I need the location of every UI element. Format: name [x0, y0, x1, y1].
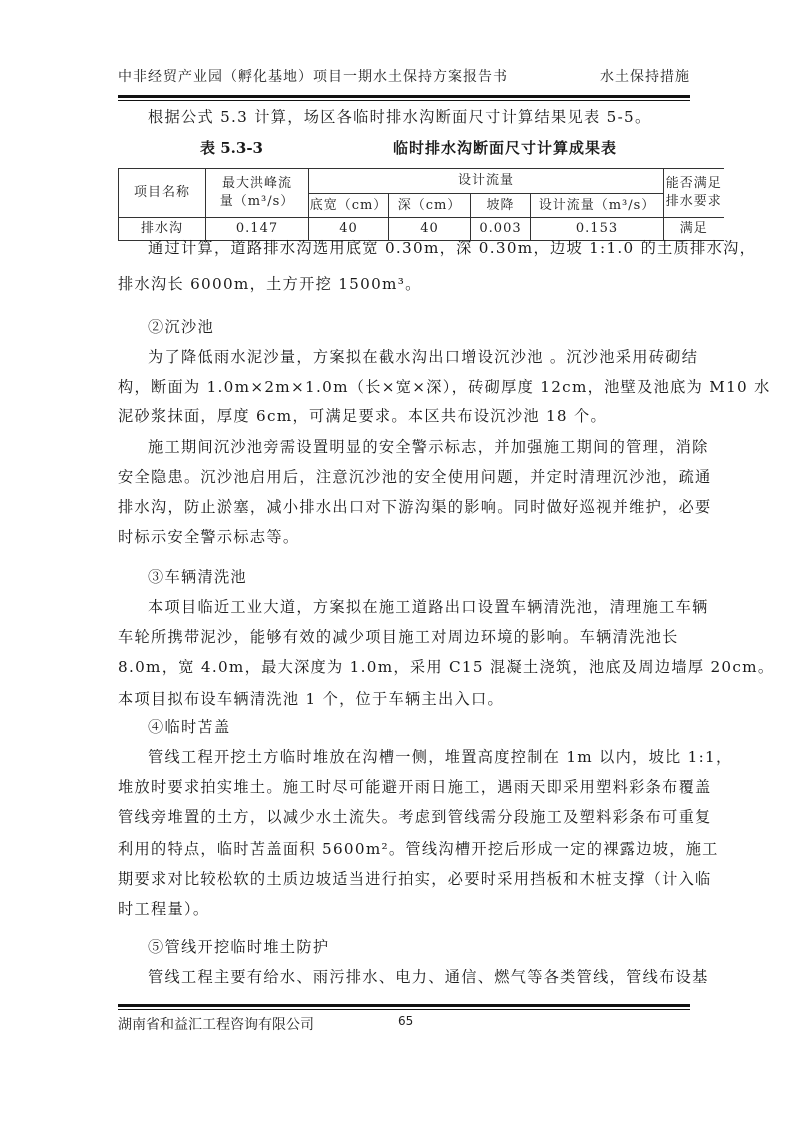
body-text: 通过计算，道路排水沟选用底宽 0.30m，深 0.30m，边坡 1:1.0 的土… — [118, 0, 718, 1000]
section-title-temporary-cover: ④临时苫盖 — [148, 716, 230, 737]
paragraph-line: 排水沟长 6000m，土方开挖 1500m³。 — [118, 273, 422, 294]
paragraph-line: 排水沟，防止淤塞，减小排水出口对下游沟渠的影响。同时做好巡视并维护，必要 — [118, 496, 712, 517]
paragraph-line: 泥砂浆抹面，厚度 6cm，可满足要求。本区共布设沉沙池 18 个。 — [118, 405, 607, 426]
section-title-vehicle-wash-pool: ③车辆清洗池 — [148, 566, 247, 587]
paragraph-line: 本项目临近工业大道，方案拟在施工道路出口设置车辆清洗池，清理施工车辆 — [148, 596, 709, 617]
paragraph-line: 时标示安全警示标志等。 — [118, 526, 299, 547]
paragraph-line: 车轮所携带泥沙，能够有效的减少项目施工对周边环境的影响。车辆清洗池长 — [118, 626, 679, 647]
paragraph-line: 构，断面为 1.0m×2m×1.0m（长×宽×深），砖砌厚度 12cm，池壁及池… — [118, 376, 771, 397]
paragraph-line: 施工期间沉沙池旁需设置明显的安全警示标志，并加强施工期间的管理，消除 — [148, 436, 709, 457]
paragraph-line: 时工程量）。 — [118, 898, 209, 919]
paragraph-line: 为了降低雨水泥沙量，方案拟在截水沟出口增设沉沙池 。沉沙池采用砖砌结 — [148, 346, 698, 367]
section-title-pipeline-spoil-protection: ⑤管线开挖临时堆土防护 — [148, 936, 329, 957]
paragraph-line: 利用的特点，临时苫盖面积 5600m²。管线沟槽开挖后形成一定的裸露边坡，施工 — [118, 838, 719, 859]
paragraph-line: 安全隐患。沉沙池启用后，注意沉沙池的安全使用问题，并定时清理沉沙池，疏通 — [118, 466, 712, 487]
paragraph-line: 管线工程主要有给水、雨污排水、电力、通信、燃气等各类管线，管线布设基 — [148, 966, 709, 987]
paragraph-line: 管线工程开挖土方临时堆放在沟槽一侧，堆置高度控制在 1m 以内，坡比 1:1， — [148, 746, 733, 767]
paragraph-line: 8.0m，宽 4.0m，最大深度为 1.0m，采用 C15 混凝土浇筑，池底及周… — [118, 656, 774, 677]
page-number: 65 — [398, 1014, 413, 1028]
paragraph-line: 堆放时要求拍实堆土。施工时尽可能避开雨日施工，遇雨天即采用塑料彩条布覆盖 — [118, 776, 712, 797]
footer-rule-thin — [118, 1009, 690, 1010]
footer-company: 湖南省和益汇工程咨询有限公司 — [118, 1014, 314, 1034]
paragraph-line: 本项目拟布设车辆清洗池 1 个，位于车辆主出入口。 — [118, 688, 504, 709]
paragraph-line: 管线旁堆置的土方，以减少水土流失。考虑到管线需分段施工及塑料彩条布可重复 — [118, 806, 712, 827]
section-title-sediment-basin: ②沉沙池 — [148, 316, 214, 337]
paragraph-line: 通过计算，道路排水沟选用底宽 0.30m，深 0.30m，边坡 1:1.0 的土… — [148, 237, 756, 258]
paragraph-line: 期要求对比较松软的土质边坡适当进行拍实，必要时采用挡板和木桩支撑（计入临 — [118, 868, 712, 889]
footer-rule-thick — [118, 1004, 690, 1007]
